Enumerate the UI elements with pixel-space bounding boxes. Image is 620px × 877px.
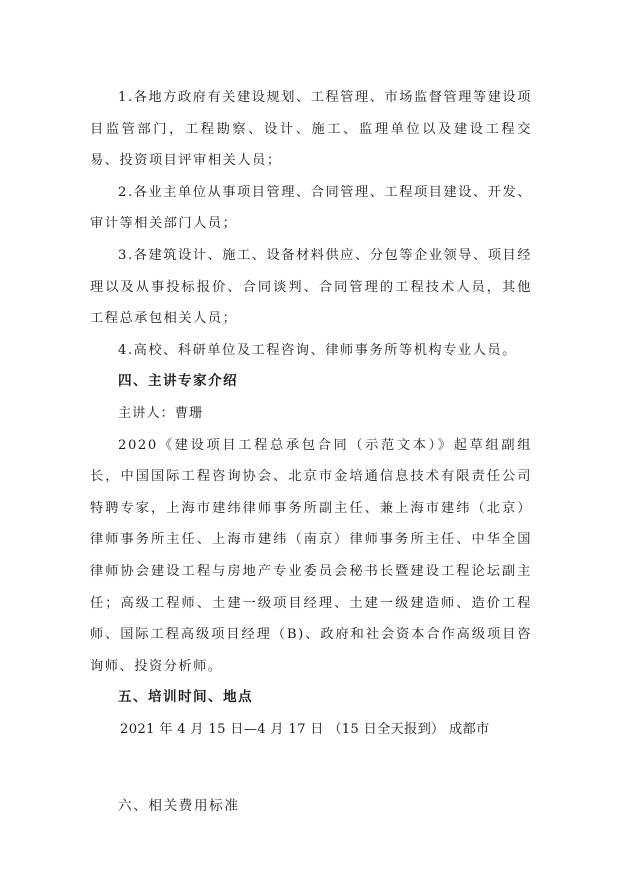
speaker-name: 主讲人：曹珊 xyxy=(90,398,532,430)
section-heading-fees: 六、相关费用标准 xyxy=(90,791,532,823)
participant-item-4: 4.高校、科研单位及工程咨询、律师事务所等机构专业人员。 xyxy=(90,335,532,367)
participant-item-2: 2.各业主单位从事项目管理、合同管理、工程项目建设、开发、审计等相关部门人员； xyxy=(90,177,532,240)
document-page: 1.各地方政府有关建设规划、工程管理、市场监督管理等建设项目监管部门，工程勘察、… xyxy=(90,82,532,823)
section-heading-speaker: 四、主讲专家介绍 xyxy=(90,366,532,398)
spacer xyxy=(90,745,532,791)
participant-item-1: 1.各地方政府有关建设规划、工程管理、市场监督管理等建设项目监管部门，工程勘察、… xyxy=(90,82,532,177)
training-time-place: 2021 年 4 月 15 日—4 月 17 日 （15 日全天报到） 成都市 xyxy=(90,714,532,746)
participant-item-3: 3.各建筑设计、施工、设备材料供应、分包等企业领导、项目经理以及从事投标报价、合… xyxy=(90,240,532,335)
speaker-bio: 2020《建设项目工程总承包合同（示范文本）》起草组副组长，中国国际工程咨询协会… xyxy=(90,430,532,683)
section-heading-time-place: 五、培训时间、地点 xyxy=(90,682,532,714)
